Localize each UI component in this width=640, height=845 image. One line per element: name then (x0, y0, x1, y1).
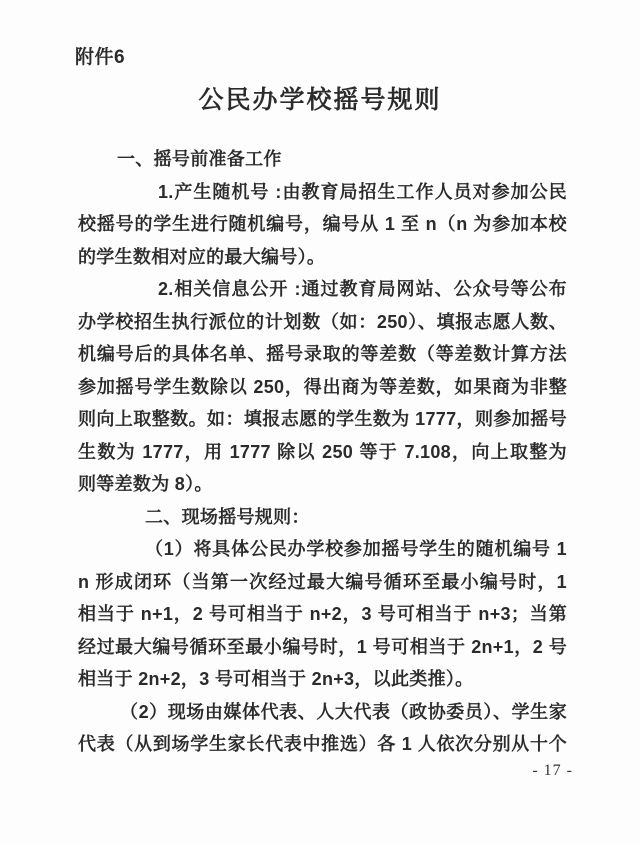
text-line: 办学校招生执行派位的计划数（如：250）、填报志愿人数、随 (78, 306, 567, 339)
document-body: 一、摇号前准备工作 1.产生随机号 :由教育局招生工作人员对参加公民办学 校摇号… (78, 143, 567, 761)
text-line: 校摇号的学生进行随机编号，编号从 1 至 n（n 为参加本校摇号 (78, 208, 567, 241)
text-line: 2.相关信息公开 :通过教育局网站、公众号等公布公民 (78, 273, 567, 306)
text-line: 则等差数为 8）。 (78, 468, 567, 501)
text-line: 参加摇号学生数除以 250，得出商为等差数，如果商为非整数， (78, 371, 567, 404)
text-line: 则向上取整数。如：填报志愿的学生数为 1777，则参加摇号学 (78, 403, 567, 436)
text-line: （2）现场由媒体代表、人大代表（政协委员）、学生家长 (78, 696, 567, 729)
document-title: 公民办学校摇号规则 (0, 80, 640, 116)
section-heading-2: 二、现场摇号规则： (78, 501, 567, 534)
text-line: 的学生数相对应的最大编号）。 (78, 241, 567, 274)
text-line: （1）将具体公民办学校参加摇号学生的随机编号 1 至 (78, 533, 567, 566)
text-line: 相当于 2n+2，3 号可相当于 2n+3，以此类推）。 (78, 663, 567, 696)
document-page: 附件6 公民办学校摇号规则 一、摇号前准备工作 1.产生随机号 :由教育局招生工… (0, 0, 640, 845)
text-line: 生数为 1777，用 1777 除以 250 等于 7.108，向上取整为 8， (78, 436, 567, 469)
page-number: - 17 - (532, 762, 573, 780)
text-line: n 形成闭环（当第一次经过最大编号循环至最小编号时，1 号可 (78, 566, 567, 599)
section-heading-1: 一、摇号前准备工作 (78, 143, 567, 176)
text-line: 机编号后的具体名单、摇号录取的等差数（等差数计算方法为： (78, 338, 567, 371)
attachment-label: 附件6 (75, 42, 125, 69)
text-line: 代表（从到场学生家长代表中推选）各 1 人依次分别从十个号 (78, 728, 567, 761)
text-line: 相当于 n+1，2 号可相当于 n+2，3 号可相当于 n+3；当第二次 (78, 598, 567, 631)
text-line: 1.产生随机号 :由教育局招生工作人员对参加公民办学 (78, 176, 567, 209)
text-line: 经过最大编号循环至最小编号时，1 号可相当于 2n+1，2 号可 (78, 631, 567, 664)
